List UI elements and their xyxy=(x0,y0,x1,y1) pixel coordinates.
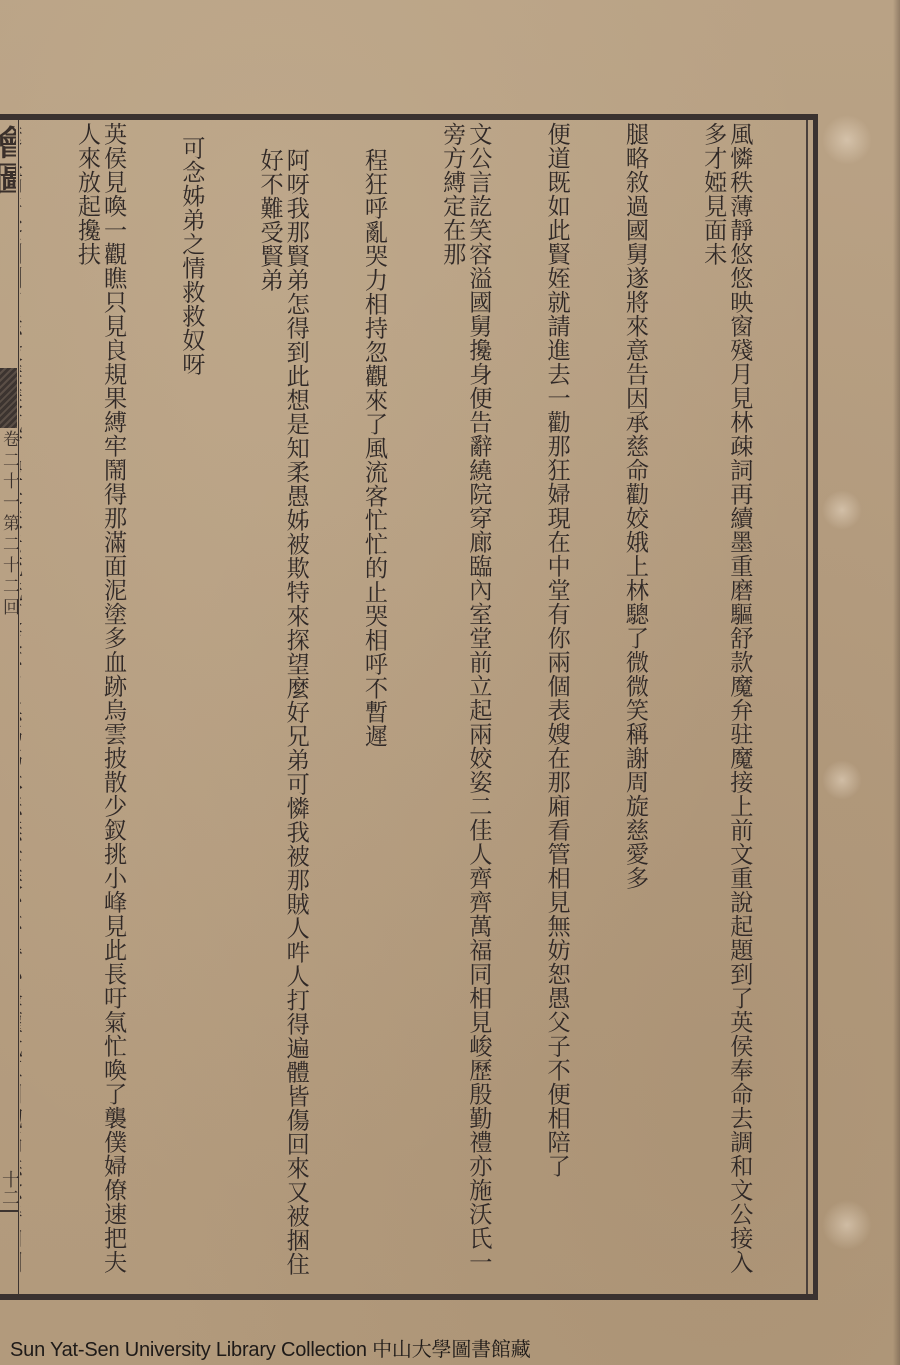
margin-page-number: 十二 xyxy=(0,1170,18,1206)
text-column: 阿呀我那賢弟怎得到此想是知柔愚姊被欺特來探望麼好兄弟可憐我被那賊人吽人打得遍體皆… xyxy=(256,122,308,1292)
margin-volume-label: 卷二十一 xyxy=(0,430,19,514)
margin-chapter-label: 第二十二回 xyxy=(0,514,19,619)
text-column: 便道既如此賢姪就請進去一勸那狂婦現在中堂有你兩個表嫂在那廂看管相見無妨恕愚父子不… xyxy=(543,122,569,1292)
library-collection-caption: Sun Yat-Sen University Library Collectio… xyxy=(10,1333,531,1362)
text-column: 腿略敘過國舅遂將來意告因承慈命勸姣娥上林驄了微微笑稱謝周旋慈愛多 xyxy=(621,122,647,1292)
text-column: 程狂呼亂哭力相持忽觀來了風流客忙忙的止哭相呼不暫遲 xyxy=(360,122,386,1292)
top-blank-margin xyxy=(0,0,900,118)
vertical-text-body: 風憐秩薄靜悠悠映窗殘月見林疎詞再續墨重磨驅舒款魔弁驻魔接上前文重說起題到了英侯奉… xyxy=(20,122,804,1292)
text-column: 英侯見喚一觀瞧只見良規果縛牢鬧得那滿面泥塗多血跡烏雲披散少釵挑小峰見此長吁氣忙喚… xyxy=(73,122,125,1292)
margin-volume-chapter: 卷二十一第二十二回 xyxy=(0,430,18,619)
text-column: 送入繡房寮鬧到了恁般樣樣成何體快扶去梳洗更衣不用焦姊姊休悲無母族少不得小峰權代算… xyxy=(20,122,21,1292)
margin-book-title: 會圖 xyxy=(0,125,16,375)
margin-divider-line xyxy=(0,1210,18,1212)
text-column: 風憐秩薄靜悠悠映窗殘月見林疎詞再續墨重磨驅舒款魔弁驻魔接上前文重說起題到了英侯奉… xyxy=(700,122,752,1292)
margin-fishtail-block xyxy=(0,368,17,428)
paper-stain xyxy=(822,490,862,530)
paper-stain xyxy=(822,1200,872,1250)
paper-stain xyxy=(822,760,862,800)
text-column: 可念姊弟之情救救奴呀 xyxy=(178,122,204,1292)
paper-stain xyxy=(822,115,872,165)
page-edge-shadow xyxy=(893,0,900,1365)
text-column: 文公言訖笑容溢國舅攙身便告辭繞院穿廊臨內室堂前立起兩姣姿二佳人齊齊萬福同相見峻歷… xyxy=(439,122,491,1292)
border-inner-rule xyxy=(806,120,808,1294)
